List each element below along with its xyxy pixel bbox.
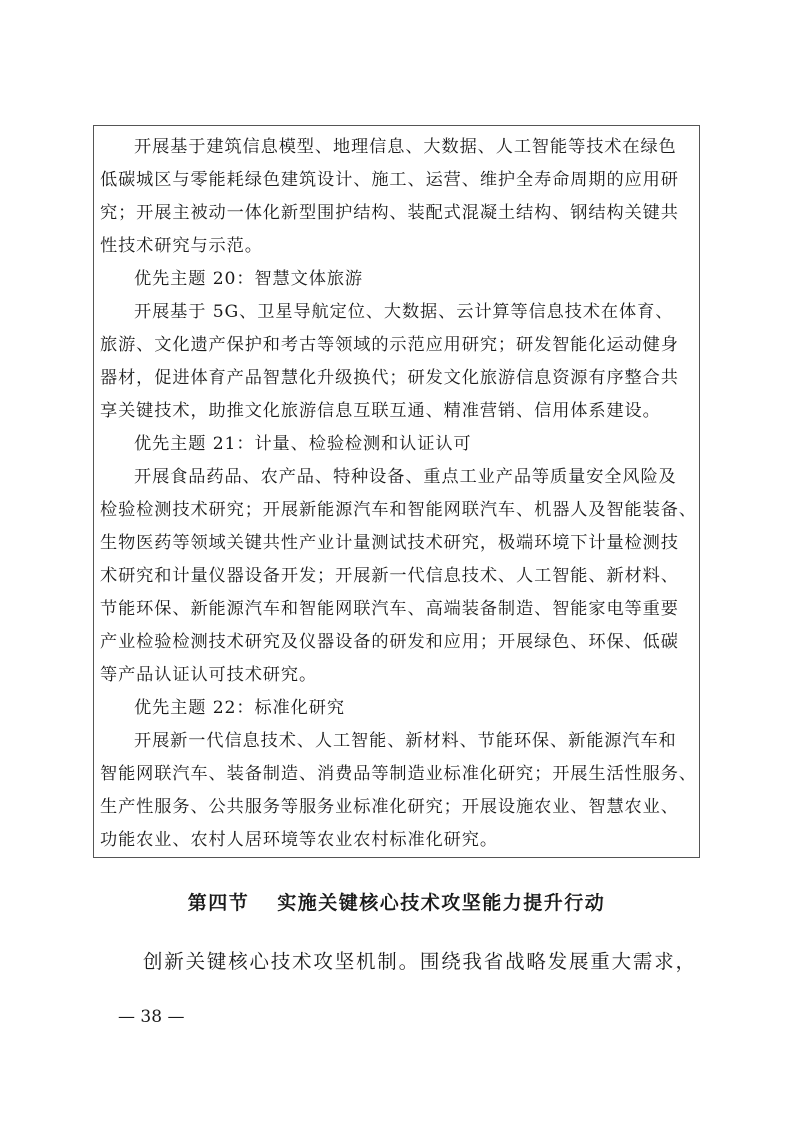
- paragraph-line: 功能农业、农村人居环境等农业农村标准化研究。: [100, 830, 498, 850]
- page-number: — 38 —: [118, 1007, 184, 1027]
- topic-heading: 优先主题 21：计量、检验检测和认证认可: [134, 434, 472, 454]
- paragraph-line: 开展基于建筑信息模型、地理信息、大数据、人工智能等技术在绿色: [134, 137, 677, 157]
- section-title: 实施关键核心技术攻坚能力提升行动: [277, 892, 605, 914]
- paragraph-line: 生产性服务、公共服务等服务业标准化研究；开展设施农业、智慧农业、: [100, 797, 679, 817]
- paragraph-line: 究；开展主被动一体化新型围护结构、装配式混凝土结构、钢结构关键共: [100, 203, 679, 223]
- paragraph-line: 低碳城区与零能耗绿色建筑设计、施工、运营、维护全寿命周期的应用研: [100, 170, 679, 190]
- section-number: 第四节: [188, 892, 250, 914]
- paragraph-line: 产业检验检测技术研究及仪器设备的研发和应用；开展绿色、环保、低碳: [100, 632, 679, 652]
- paragraph-line: 性技术研究与示范。: [100, 236, 263, 256]
- paragraph-line: 节能环保、新能源汽车和智能网联汽车、高端装备制造、智能家电等重要: [100, 599, 679, 619]
- paragraph-line: 检验检测技术研究；开展新能源汽车和智能网联汽车、机器人及智能装备、: [100, 500, 697, 520]
- highlight-box: 开展基于建筑信息模型、地理信息、大数据、人工智能等技术在绿色低碳城区与零能耗绿色…: [93, 125, 700, 858]
- section-heading: 第四节实施关键核心技术攻坚能力提升行动: [0, 888, 793, 915]
- paragraph-line: 旅游、文化遗产保护和考古等领域的示范应用研究；研发智能化运动健身: [100, 335, 679, 355]
- body-paragraph: 创新关键核心技术攻坚机制。围绕我省战略发展重大需求，: [143, 946, 697, 974]
- paragraph-line: 开展基于 5G、卫星导航定位、大数据、云计算等信息技术在体育、: [134, 302, 673, 322]
- topic-heading: 优先主题 20：智慧文体旅游: [134, 269, 363, 289]
- topic-heading: 优先主题 22：标准化研究: [134, 698, 345, 718]
- paragraph-line: 享关键技术，助推文化旅游信息互联互通、精准营销、信用体系建设。: [100, 401, 661, 421]
- paragraph-line: 智能网联汽车、装备制造、消费品等制造业标准化研究；开展生活性服务、: [100, 764, 697, 784]
- paragraph-line: 等产品认证认可技术研究。: [100, 665, 317, 685]
- paragraph-line: 开展新一代信息技术、人工智能、新材料、节能环保、新能源汽车和: [134, 731, 677, 751]
- paragraph-line: 器材，促进体育产品智慧化升级换代；研发文化旅游信息资源有序整合共: [100, 368, 679, 388]
- paragraph-line: 术研究和计量仪器设备开发；开展新一代信息技术、人工智能、新材料、: [100, 566, 679, 586]
- paragraph-line: 生物医药等领域关键共性产业计量测试技术研究，极端环境下计量检测技: [100, 533, 679, 553]
- paragraph-line: 开展食品药品、农产品、特种设备、重点工业产品等质量安全风险及: [134, 467, 677, 487]
